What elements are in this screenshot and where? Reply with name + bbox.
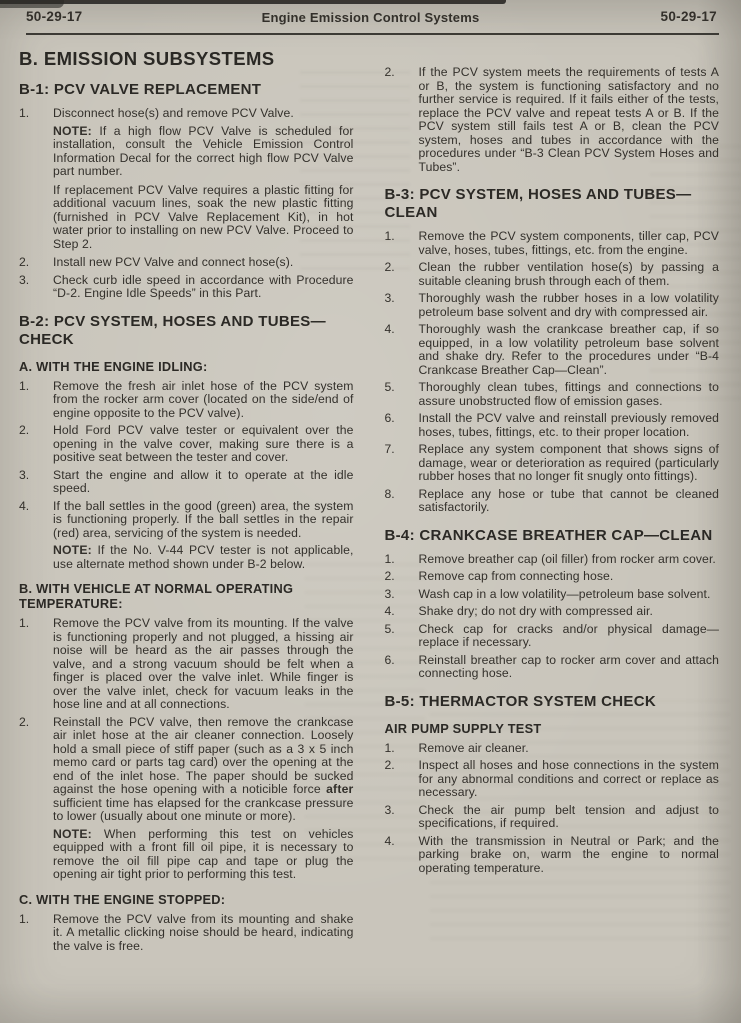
procedure-step: 4.If the ball settles in the good (green… bbox=[19, 500, 354, 541]
step-text: Reinstall the PCV valve, then remove the… bbox=[53, 716, 354, 824]
note-paragraph: NOTE: If the No. V-44 PCV tester is not … bbox=[19, 544, 354, 571]
step-text: Disconnect hose(s) and remove PCV Valve. bbox=[53, 107, 354, 121]
section-title: B. EMISSION SUBSYSTEMS bbox=[19, 48, 354, 69]
step-text: Replace any hose or tube that cannot be … bbox=[419, 488, 720, 515]
procedure-step: 5.Check cap for cracks and/or physical d… bbox=[385, 623, 720, 650]
step-number: 2. bbox=[385, 261, 419, 288]
step-text: Remove the fresh air inlet hose of the P… bbox=[53, 380, 354, 421]
step-number: 7. bbox=[385, 443, 419, 484]
step-number: 1. bbox=[19, 913, 53, 954]
step-text: With the transmission in Neutral or Park… bbox=[419, 835, 720, 876]
procedure-step: 1.Remove the PCV valve from its mounting… bbox=[19, 617, 354, 712]
procedure-step: 1.Remove the PCV system components, till… bbox=[385, 230, 720, 257]
page-title: Engine Emission Control Systems bbox=[262, 10, 480, 25]
step-number: 8. bbox=[385, 488, 419, 515]
procedure-step: 3.Check the air pump belt tension and ad… bbox=[385, 804, 720, 831]
step-text: Remove the PCV system components, tiller… bbox=[419, 230, 720, 257]
procedure-step: 2.Remove cap from connecting hose. bbox=[385, 570, 720, 584]
step-text: Check the air pump belt tension and adju… bbox=[419, 804, 720, 831]
step-number: 1. bbox=[385, 553, 419, 567]
step-text: Reinstall breather cap to rocker arm cov… bbox=[419, 654, 720, 681]
procedure-heading: B-4: CRANKCASE BREATHER CAP—CLEAN bbox=[385, 527, 720, 545]
step-number: 4. bbox=[385, 323, 419, 377]
procedure-step: 1.Remove breather cap (oil filler) from … bbox=[385, 553, 720, 567]
step-text: Remove cap from connecting hose. bbox=[419, 570, 720, 584]
step-number: 1. bbox=[19, 380, 53, 421]
step-text: Install new PCV Valve and connect hose(s… bbox=[53, 256, 354, 270]
step-number: 1. bbox=[385, 230, 419, 257]
step-text: Clean the rubber ventilation hose(s) by … bbox=[419, 261, 720, 288]
page-header: 50-29-17 Engine Emission Control Systems… bbox=[0, 0, 741, 31]
step-text: If the PCV system meets the requirements… bbox=[419, 66, 720, 174]
procedure-step: 6.Reinstall breather cap to rocker arm c… bbox=[385, 654, 720, 681]
procedure-step: 6.Install the PCV valve and reinstall pr… bbox=[385, 412, 720, 439]
procedure-step: 2.Hold Ford PCV valve tester or equivale… bbox=[19, 424, 354, 465]
step-number: 5. bbox=[385, 381, 419, 408]
step-number: 1. bbox=[19, 107, 53, 121]
step-text: Hold Ford PCV valve tester or equivalent… bbox=[53, 424, 354, 465]
step-number: 4. bbox=[19, 500, 53, 541]
manual-page: 50-29-17 Engine Emission Control Systems… bbox=[0, 0, 741, 1023]
step-number: 2. bbox=[385, 759, 419, 800]
step-number: 1. bbox=[19, 617, 53, 712]
procedure-step: 2.Reinstall the PCV valve, then remove t… bbox=[19, 716, 354, 824]
step-text: Remove the PCV valve from its mounting a… bbox=[53, 913, 354, 954]
content-columns: B. EMISSION SUBSYSTEMSB-1: PCV VALVE REP… bbox=[0, 35, 741, 957]
page-number-right: 50-29-17 bbox=[661, 9, 717, 24]
header-rule bbox=[26, 33, 719, 35]
step-text: Start the engine and allow it to operate… bbox=[53, 469, 354, 496]
procedure-step: 3.Check curb idle speed in accordance wi… bbox=[19, 274, 354, 301]
procedure-step: 4.Thoroughly wash the crankcase breather… bbox=[385, 323, 720, 377]
step-text: Remove the PCV valve from its mounting. … bbox=[53, 617, 354, 712]
procedure-step: 2.Install new PCV Valve and connect hose… bbox=[19, 256, 354, 270]
step-number: 6. bbox=[385, 654, 419, 681]
procedure-heading: B-3: PCV SYSTEM, HOSES AND TUBES— CLEAN bbox=[385, 186, 720, 222]
step-text: Remove breather cap (oil filler) from ro… bbox=[419, 553, 720, 567]
step-number: 6. bbox=[385, 412, 419, 439]
procedure-heading: B-5: THERMACTOR SYSTEM CHECK bbox=[385, 693, 720, 711]
procedure-heading: B-1: PCV VALVE REPLACEMENT bbox=[19, 81, 354, 99]
step-number: 2. bbox=[19, 424, 53, 465]
step-number: 4. bbox=[385, 605, 419, 619]
procedure-step: 3.Start the engine and allow it to opera… bbox=[19, 469, 354, 496]
procedure-step: 7.Replace any system component that show… bbox=[385, 443, 720, 484]
step-text: Check cap for cracks and/or physical dam… bbox=[419, 623, 720, 650]
left-column: B. EMISSION SUBSYSTEMSB-1: PCV VALVE REP… bbox=[19, 35, 354, 957]
procedure-step: 2.If the PCV system meets the requiremen… bbox=[385, 66, 720, 174]
step-text: Thoroughly clean tubes, fittings and con… bbox=[419, 381, 720, 408]
step-number: 3. bbox=[385, 292, 419, 319]
step-number: 3. bbox=[385, 588, 419, 602]
right-column: 2.If the PCV system meets the requiremen… bbox=[385, 35, 720, 957]
sub-heading: A. WITH THE ENGINE IDLING: bbox=[19, 359, 354, 374]
step-number: 5. bbox=[385, 623, 419, 650]
step-number: 3. bbox=[19, 274, 53, 301]
procedure-step: 3.Wash cap in a low volatility—petroleum… bbox=[385, 588, 720, 602]
procedure-step: 1.Remove the PCV valve from its mounting… bbox=[19, 913, 354, 954]
continuation-paragraph: If replacement PCV Valve requires a plas… bbox=[19, 184, 354, 252]
step-number: 1. bbox=[385, 742, 419, 756]
procedure-step: 4.With the transmission in Neutral or Pa… bbox=[385, 835, 720, 876]
step-text: If the ball settles in the good (green) … bbox=[53, 500, 354, 541]
note-paragraph: NOTE: If a high flow PCV Valve is schedu… bbox=[19, 125, 354, 179]
sub-heading: C. WITH THE ENGINE STOPPED: bbox=[19, 892, 354, 907]
step-text: Replace any system component that shows … bbox=[419, 443, 720, 484]
step-number: 2. bbox=[385, 570, 419, 584]
procedure-step: 1.Disconnect hose(s) and remove PCV Valv… bbox=[19, 107, 354, 121]
step-text: Install the PCV valve and reinstall prev… bbox=[419, 412, 720, 439]
step-number: 3. bbox=[19, 469, 53, 496]
procedure-step: 1.Remove air cleaner. bbox=[385, 742, 720, 756]
sub-heading: AIR PUMP SUPPLY TEST bbox=[385, 721, 720, 736]
note-paragraph: NOTE: When performing this test on vehic… bbox=[19, 828, 354, 882]
procedure-step: 2.Clean the rubber ventilation hose(s) b… bbox=[385, 261, 720, 288]
step-text: Thoroughly wash the crankcase breather c… bbox=[419, 323, 720, 377]
step-text: Remove air cleaner. bbox=[419, 742, 720, 756]
step-number: 2. bbox=[385, 66, 419, 174]
step-number: 3. bbox=[385, 804, 419, 831]
step-text: Wash cap in a low volatility—petroleum b… bbox=[419, 588, 720, 602]
procedure-step: 1.Remove the fresh air inlet hose of the… bbox=[19, 380, 354, 421]
procedure-step: 2.Inspect all hoses and hose connections… bbox=[385, 759, 720, 800]
step-text: Check curb idle speed in accordance with… bbox=[53, 274, 354, 301]
step-text: Shake dry; do not dry with compressed ai… bbox=[419, 605, 720, 619]
page-number-left: 50-29-17 bbox=[26, 9, 82, 24]
procedure-heading: B-2: PCV SYSTEM, HOSES AND TUBES— CHECK bbox=[19, 313, 354, 349]
step-number: 2. bbox=[19, 716, 53, 824]
procedure-step: 5.Thoroughly clean tubes, fittings and c… bbox=[385, 381, 720, 408]
procedure-step: 8.Replace any hose or tube that cannot b… bbox=[385, 488, 720, 515]
step-number: 4. bbox=[385, 835, 419, 876]
procedure-step: 3.Thoroughly wash the rubber hoses in a … bbox=[385, 292, 720, 319]
step-text: Thoroughly wash the rubber hoses in a lo… bbox=[419, 292, 720, 319]
step-number: 2. bbox=[19, 256, 53, 270]
sub-heading: B. WITH VEHICLE AT NORMAL OPERATING TEMP… bbox=[19, 581, 354, 611]
procedure-step: 4.Shake dry; do not dry with compressed … bbox=[385, 605, 720, 619]
step-text: Inspect all hoses and hose connections i… bbox=[419, 759, 720, 800]
